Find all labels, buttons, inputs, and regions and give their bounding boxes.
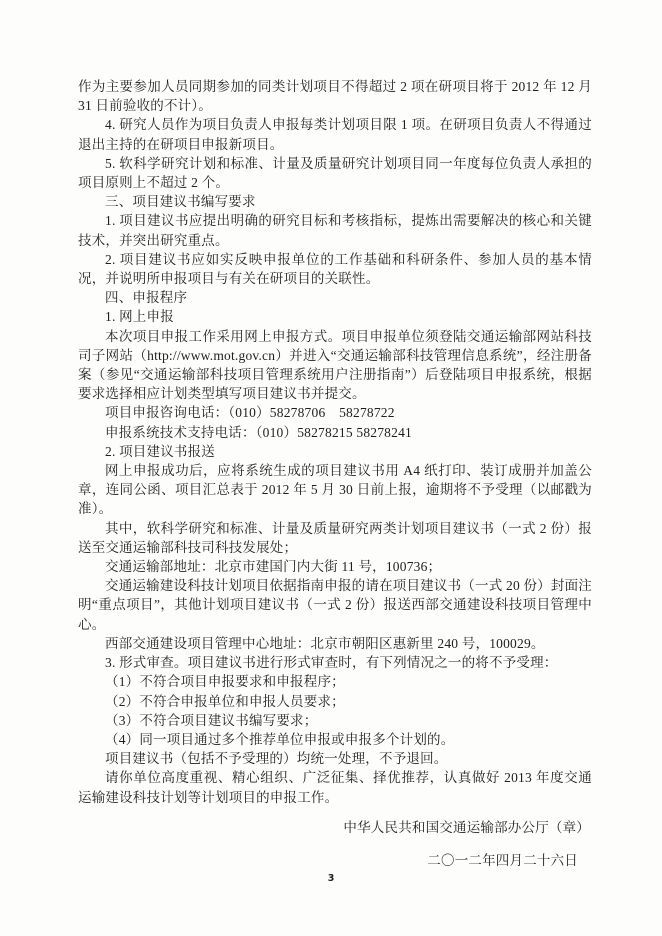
body-paragraph: 网上申报成功后，应将系统生成的项目建议书用 A4 纸打印、装订成册并加盖公章，连… bbox=[78, 461, 592, 519]
section-heading-4: 四、申报程序 bbox=[78, 288, 592, 307]
body-paragraph: 本次项目申报工作采用网上申报方式。项目申报单位须登陆交通运输部网站科技司子网站（… bbox=[78, 327, 592, 404]
address-line-mot: 交通运输部地址：北京市建国门内大街 11 号，100736； bbox=[78, 557, 592, 576]
address-line-western-center: 西部交通建设项目管理中心地址：北京市朝阳区惠新里 240 号，100029。 bbox=[78, 634, 592, 653]
phone-line-application: 项目申报咨询电话：（010）58278706 58278722 bbox=[78, 403, 592, 422]
document-page: 作为主要参加人员同期参加的同类计划项目不得超过 2 项在研项目将于 2012 年… bbox=[0, 0, 662, 936]
phone-line-tech-support: 申报系统技术支持电话：（010）58278215 58278241 bbox=[78, 423, 592, 442]
body-paragraph: 交通运输建设科技计划项目依据指南申报的请在项目建议书（一式 20 份）封面注明“… bbox=[78, 576, 592, 634]
list-item-1: （1）不符合项目申报要求和申报程序； bbox=[78, 672, 592, 691]
body-paragraph: 1. 项目建议书应提出明确的研究目标和考核指标，提炼出需要解决的核心和关键技术，… bbox=[78, 211, 592, 249]
body-paragraph-continuation: 作为主要参加人员同期参加的同类计划项目不得超过 2 项在研项目将于 2012 年… bbox=[78, 77, 592, 115]
subsection-heading-format-review: 3. 形式审查。项目建议书进行形式审查时，有下列情况之一的将不予受理： bbox=[78, 653, 592, 672]
date-line: 二〇一二年四月二十六日 bbox=[78, 851, 592, 870]
list-item-2: （2）不符合申报单位和申报人员要求； bbox=[78, 692, 592, 711]
signature-line: 中华人民共和国交通运输部办公厅（章） bbox=[78, 818, 592, 837]
page-number: 3 bbox=[0, 873, 662, 884]
body-paragraph: 其中，软科学研究和标准、计量及质量研究两类计划项目建议书（一式 2 份）报送至交… bbox=[78, 519, 592, 557]
body-paragraph: 2. 项目建议书应如实反映申报单位的工作基础和科研条件、参加人员的基本情况，并说… bbox=[78, 250, 592, 288]
list-item-4: （4）同一项目通过多个推荐单位申报或申报多个计划的。 bbox=[78, 730, 592, 749]
body-paragraph: 5. 软科学研究计划和标准、计量及质量研究计划项目同一年度每位负责人承担的项目原… bbox=[78, 154, 592, 192]
list-item-3: （3）不符合项目建议书编写要求； bbox=[78, 711, 592, 730]
document-body: 作为主要参加人员同期参加的同类计划项目不得超过 2 项在研项目将于 2012 年… bbox=[78, 77, 592, 870]
closing-paragraph: 请你单位高度重视、精心组织、广泛征集、择优推荐，认真做好 2013 年度交通运输… bbox=[78, 768, 592, 806]
subsection-heading-proposal-submission: 2. 项目建议书报送 bbox=[78, 442, 592, 461]
body-paragraph: 4. 研究人员作为项目负责人申报每类计划项目限 1 项。在研项目负责人不得通过退… bbox=[78, 115, 592, 153]
body-paragraph: 项目建议书（包括不予受理的）均统一处理，不予退回。 bbox=[78, 749, 592, 768]
subsection-heading-online-application: 1. 网上申报 bbox=[78, 307, 592, 326]
section-heading-3: 三、项目建议书编写要求 bbox=[78, 192, 592, 211]
